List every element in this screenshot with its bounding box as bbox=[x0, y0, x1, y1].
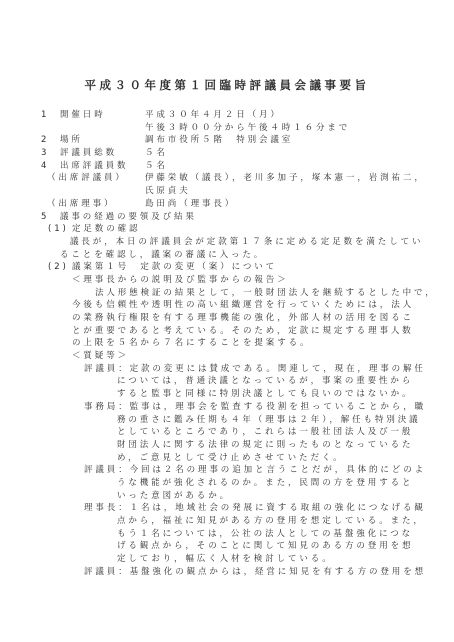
report-line: 法人形態検証の結果として，一般財団法人を継続するとした中で， bbox=[0, 287, 454, 300]
section2-heading-row: (2) 議案第１号 定款の変更（案）について bbox=[0, 261, 454, 274]
attendee-names: 氏原貞夫 bbox=[145, 185, 191, 198]
qa-line: 務の重さに鑑み任期も４年（理事は２年），解任も特別決議 bbox=[0, 414, 454, 427]
document-title: 平成３０年度第１回臨時評議員会議事要旨 bbox=[0, 77, 454, 93]
meeting-place-row: 2 場所 調布市役所５階 特別会議室 bbox=[0, 134, 454, 147]
qa-line: 理事長：１名は，地域社会の発展に資する取組の強化につなげる観 bbox=[0, 502, 454, 515]
section1-heading-row: (1) 定足数の確認 bbox=[0, 223, 454, 236]
proceedings-heading: 議事の経過の要領及び結果 bbox=[60, 211, 197, 224]
item-number: 5 bbox=[41, 211, 49, 224]
report-heading: ＜理事長からの説明及び監事からの報告＞ bbox=[0, 274, 454, 287]
qa-line: 定しており，幅広く人材を検討している。 bbox=[0, 553, 454, 566]
qa-line: うな機能が強化されるのか。また，民間の方を登用すると bbox=[0, 477, 454, 490]
item-value: ５名 bbox=[145, 160, 168, 173]
attendee-names: 島田尚（理事長） bbox=[145, 198, 236, 211]
qa-line: としているところであり，これらは一般社団法人及び一般 bbox=[0, 426, 454, 439]
qa-line: げる観点から，そのことに関して知見のある方の登用を想 bbox=[0, 540, 454, 553]
section-heading: 定足数の確認 bbox=[72, 223, 140, 236]
section-number: (1) bbox=[48, 223, 69, 236]
section1-text-line: ることを確認し，議案の審議に入った。 bbox=[0, 249, 454, 262]
item-number: 4 bbox=[41, 160, 49, 173]
report-line: とが重要であると考えている。そのため，定款に規定する理事人数 bbox=[0, 325, 454, 338]
qa-line: 評議員：基盤強化の観点からは，経営に知見を有する方の登用を想 bbox=[0, 566, 454, 579]
item-number: 2 bbox=[41, 134, 49, 147]
item-label: 出席評議員数 bbox=[60, 160, 128, 173]
qa-line: 財団法人に関する法律の規定に則ったものとなっているた bbox=[0, 439, 454, 452]
section-heading: 議案第１号 定款の変更（案）について bbox=[72, 261, 277, 274]
councilor-total-row: 3 評議員総数 ５名 bbox=[0, 147, 454, 160]
meeting-datetime-cont-row: 午後３時００分から午後４時１６分まで bbox=[0, 122, 454, 135]
qa-line: については，普通決議となっているが，事案の重要性から bbox=[0, 375, 454, 388]
item-number: 3 bbox=[41, 147, 49, 160]
report-line: の業務執行権限を有する理事機能の強化，外部人材の活用を図るこ bbox=[0, 312, 454, 325]
item-label: 場所 bbox=[60, 134, 83, 147]
item-value: 午後３時００分から午後４時１６分まで bbox=[145, 122, 350, 135]
attending-directors-row: （出席理事） 島田尚（理事長） bbox=[0, 198, 454, 211]
proceedings-heading-row: 5 議事の経過の要領及び結果 bbox=[0, 211, 454, 224]
section-number: (2) bbox=[48, 261, 69, 274]
qa-line: もう１名については，公社の法人としての基盤強化につな bbox=[0, 528, 454, 541]
meeting-datetime-row: 1 開催日時 平成３０年４月２日（月） bbox=[0, 109, 454, 122]
item-value: 平成３０年４月２日（月） bbox=[145, 109, 282, 122]
qa-line: め，ご意見として受け止めさせていただく。 bbox=[0, 452, 454, 465]
report-line: 今後も信頼性や透明性の高い組織運営を行っていくためには，法人 bbox=[0, 299, 454, 312]
qa-line: 評議員：定款の変更には賛成である。関連して，現在，理事の解任 bbox=[0, 363, 454, 376]
attendee-label: （出席理事） bbox=[47, 198, 115, 211]
attending-councilors-cont-row: 氏原貞夫 bbox=[0, 185, 454, 198]
attending-councilors-row: （出席評議員） 伊藤栄敏（議長），老川多加子，塚本憲一，岩渕祐二， bbox=[0, 172, 454, 185]
item-value: 調布市役所５階 特別会議室 bbox=[145, 134, 293, 147]
attendee-label: （出席評議員） bbox=[47, 172, 127, 185]
report-line: の上限を５名から７名にすることを提案する。 bbox=[0, 337, 454, 350]
item-value: ５名 bbox=[145, 147, 168, 160]
item-label: 開催日時 bbox=[60, 109, 106, 122]
document-body: 1 開催日時 平成３０年４月２日（月） 午後３時００分から午後４時１６分まで 2… bbox=[0, 109, 454, 578]
section1-text-line: 議長が，本日の評議員会が定款第１７条に定める定足数を満たしてい bbox=[0, 236, 454, 249]
qa-line: 事務局：監事は，理事会を監査する役割を担っていることから，職 bbox=[0, 401, 454, 414]
qa-line: いった意図があるか。 bbox=[0, 490, 454, 503]
item-label: 評議員総数 bbox=[60, 147, 117, 160]
item-number: 1 bbox=[41, 109, 49, 122]
qa-line: すると監事と同様に特別決議としても良いのではないか。 bbox=[0, 388, 454, 401]
qa-heading: ＜質疑等＞ bbox=[0, 350, 454, 363]
qa-line: 評議員：今回は２名の理事の追加と言うことだが，具体的にどのよ bbox=[0, 464, 454, 477]
qa-line: 点から，福祉に知見がある方の登用を想定している。また， bbox=[0, 515, 454, 528]
document-page: 平成３０年度第１回臨時評議員会議事要旨 1 開催日時 平成３０年４月２日（月） … bbox=[0, 0, 454, 642]
attendee-names: 伊藤栄敏（議長），老川多加子，塚本憲一，岩渕祐二， bbox=[145, 172, 426, 185]
councilor-attending-row: 4 出席評議員数 ５名 bbox=[0, 160, 454, 173]
